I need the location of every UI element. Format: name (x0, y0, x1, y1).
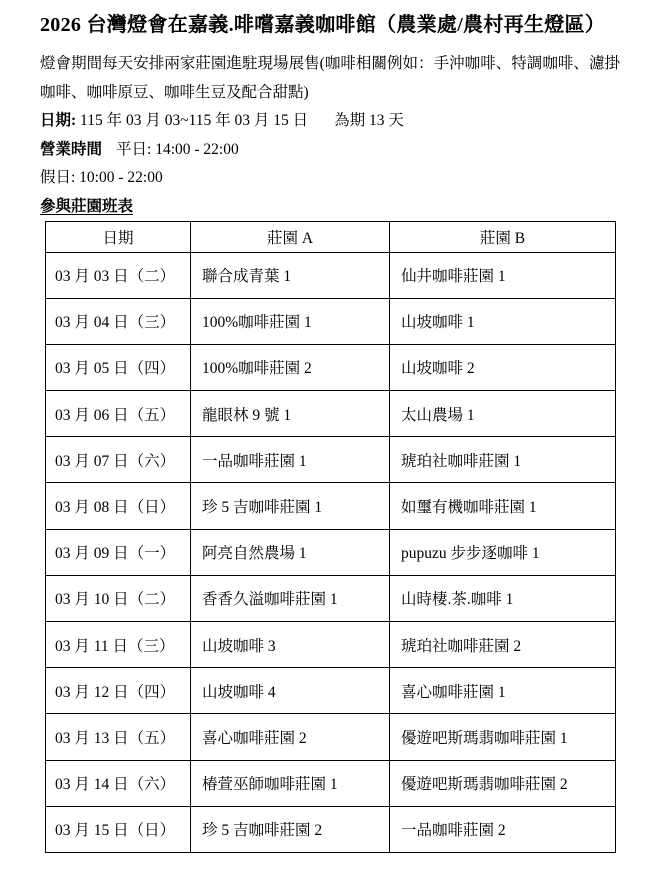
estate-a-cell: 珍 5 吉咖啡莊園 1 (191, 483, 390, 529)
date-cell: 03 月 05 日（四） (46, 344, 191, 390)
table-row: 03 月 15 日（日） 珍 5 吉咖啡莊園 2 一品咖啡莊園 2 (46, 806, 616, 852)
date-cell: 03 月 03 日（二） (46, 252, 191, 298)
estate-a-cell: 珍 5 吉咖啡莊園 2 (191, 806, 390, 852)
page-title: 2026 台灣燈會在嘉義.啡嚐嘉義咖啡館（農業處/農村再生燈區） (40, 13, 624, 37)
header-estate-a: 莊園 A (191, 221, 390, 252)
estate-b-cell: 如璽有機咖啡莊園 1 (390, 483, 616, 529)
table-row: 03 月 06 日（五） 龍眼林 9 號 1 太山農場 1 (46, 391, 616, 437)
estate-b-cell: 琥珀社咖啡莊園 1 (390, 437, 616, 483)
estate-b-cell: 山坡咖啡 1 (390, 298, 616, 344)
estate-a-cell: 聯合成青葉 1 (191, 252, 390, 298)
estate-b-cell: 山坡咖啡 2 (390, 344, 616, 390)
table-row: 03 月 03 日（二） 聯合成青葉 1 仙井咖啡莊園 1 (46, 252, 616, 298)
date-cell: 03 月 09 日（一） (46, 529, 191, 575)
estate-a-cell: 山坡咖啡 3 (191, 622, 390, 668)
table-row: 03 月 04 日（三） 100%咖啡莊園 1 山坡咖啡 1 (46, 298, 616, 344)
estate-a-cell: 喜心咖啡莊園 2 (191, 714, 390, 760)
estate-a-cell: 一品咖啡莊園 1 (191, 437, 390, 483)
date-cell: 03 月 15 日（日） (46, 806, 191, 852)
header-date: 日期 (46, 221, 191, 252)
date-cell: 03 月 06 日（五） (46, 391, 191, 437)
weekday-hours: 平日: 14:00 - 22:00 (116, 141, 239, 158)
table-row: 03 月 05 日（四） 100%咖啡莊園 2 山坡咖啡 2 (46, 344, 616, 390)
date-cell: 03 月 14 日（六） (46, 760, 191, 806)
date-cell: 03 月 12 日（四） (46, 668, 191, 714)
date-cell: 03 月 08 日（日） (46, 483, 191, 529)
table-row: 03 月 11 日（三） 山坡咖啡 3 琥珀社咖啡莊園 2 (46, 622, 616, 668)
date-value: 115 年 03 月 03~115 年 03 月 15 日 (80, 112, 308, 129)
date-cell: 03 月 13 日（五） (46, 714, 191, 760)
estate-b-cell: 一品咖啡莊園 2 (390, 806, 616, 852)
estate-a-cell: 阿亮自然農場 1 (191, 529, 390, 575)
estate-a-cell: 香香久溢咖啡莊園 1 (191, 575, 390, 621)
table-row: 03 月 13 日（五） 喜心咖啡莊園 2 優遊吧斯瑪翡咖啡莊園 1 (46, 714, 616, 760)
estate-b-cell: 琥珀社咖啡莊園 2 (390, 622, 616, 668)
estate-b-cell: 喜心咖啡莊園 1 (390, 668, 616, 714)
schedule-table-title: 參與莊園班表 (40, 193, 624, 220)
schedule-table: 日期 莊園 A 莊園 B 03 月 03 日（二） 聯合成青葉 1 仙井咖啡莊園… (45, 221, 616, 853)
estate-b-cell: 優遊吧斯瑪翡咖啡莊園 1 (390, 714, 616, 760)
date-cell: 03 月 04 日（三） (46, 298, 191, 344)
estate-b-cell: 優遊吧斯瑪翡咖啡莊園 2 (390, 760, 616, 806)
estate-b-cell: 太山農場 1 (390, 391, 616, 437)
hours-label: 營業時間 (40, 141, 102, 158)
table-header-row: 日期 莊園 A 莊園 B (46, 221, 616, 252)
hours-line: 營業時間平日: 14:00 - 22:00 (40, 136, 624, 165)
estate-b-cell: 山時棲.茶.咖啡 1 (390, 575, 616, 621)
header-estate-b: 莊園 B (390, 221, 616, 252)
holiday-hours: 假日: 10:00 - 22:00 (40, 164, 624, 193)
date-label: 日期: (40, 112, 76, 129)
table-row: 03 月 12 日（四） 山坡咖啡 4 喜心咖啡莊園 1 (46, 668, 616, 714)
table-row: 03 月 07 日（六） 一品咖啡莊園 1 琥珀社咖啡莊園 1 (46, 437, 616, 483)
date-cell: 03 月 10 日（二） (46, 575, 191, 621)
estate-a-cell: 椿萱巫師咖啡莊園 1 (191, 760, 390, 806)
date-cell: 03 月 07 日（六） (46, 437, 191, 483)
estate-a-cell: 龍眼林 9 號 1 (191, 391, 390, 437)
estate-a-cell: 山坡咖啡 4 (191, 668, 390, 714)
date-cell: 03 月 11 日（三） (46, 622, 191, 668)
date-line: 日期: 115 年 03 月 03~115 年 03 月 15 日為期 13 天 (40, 107, 624, 136)
estate-a-cell: 100%咖啡莊園 1 (191, 298, 390, 344)
intro-paragraph: 燈會期間每天安排兩家莊園進駐現場展售(咖啡相關例如：手沖咖啡、特調咖啡、濾掛咖啡… (40, 50, 620, 107)
table-row: 03 月 08 日（日） 珍 5 吉咖啡莊園 1 如璽有機咖啡莊園 1 (46, 483, 616, 529)
table-row: 03 月 10 日（二） 香香久溢咖啡莊園 1 山時棲.茶.咖啡 1 (46, 575, 616, 621)
duration-text: 為期 13 天 (334, 112, 404, 129)
document-page: 2026 台灣燈會在嘉義.啡嚐嘉義咖啡館（農業處/農村再生燈區） 燈會期間每天安… (0, 0, 660, 853)
table-row: 03 月 14 日（六） 椿萱巫師咖啡莊園 1 優遊吧斯瑪翡咖啡莊園 2 (46, 760, 616, 806)
estate-b-cell: pupuzu 步步逐咖啡 1 (390, 529, 616, 575)
estate-a-cell: 100%咖啡莊園 2 (191, 344, 390, 390)
estate-b-cell: 仙井咖啡莊園 1 (390, 252, 616, 298)
table-row: 03 月 09 日（一） 阿亮自然農場 1 pupuzu 步步逐咖啡 1 (46, 529, 616, 575)
